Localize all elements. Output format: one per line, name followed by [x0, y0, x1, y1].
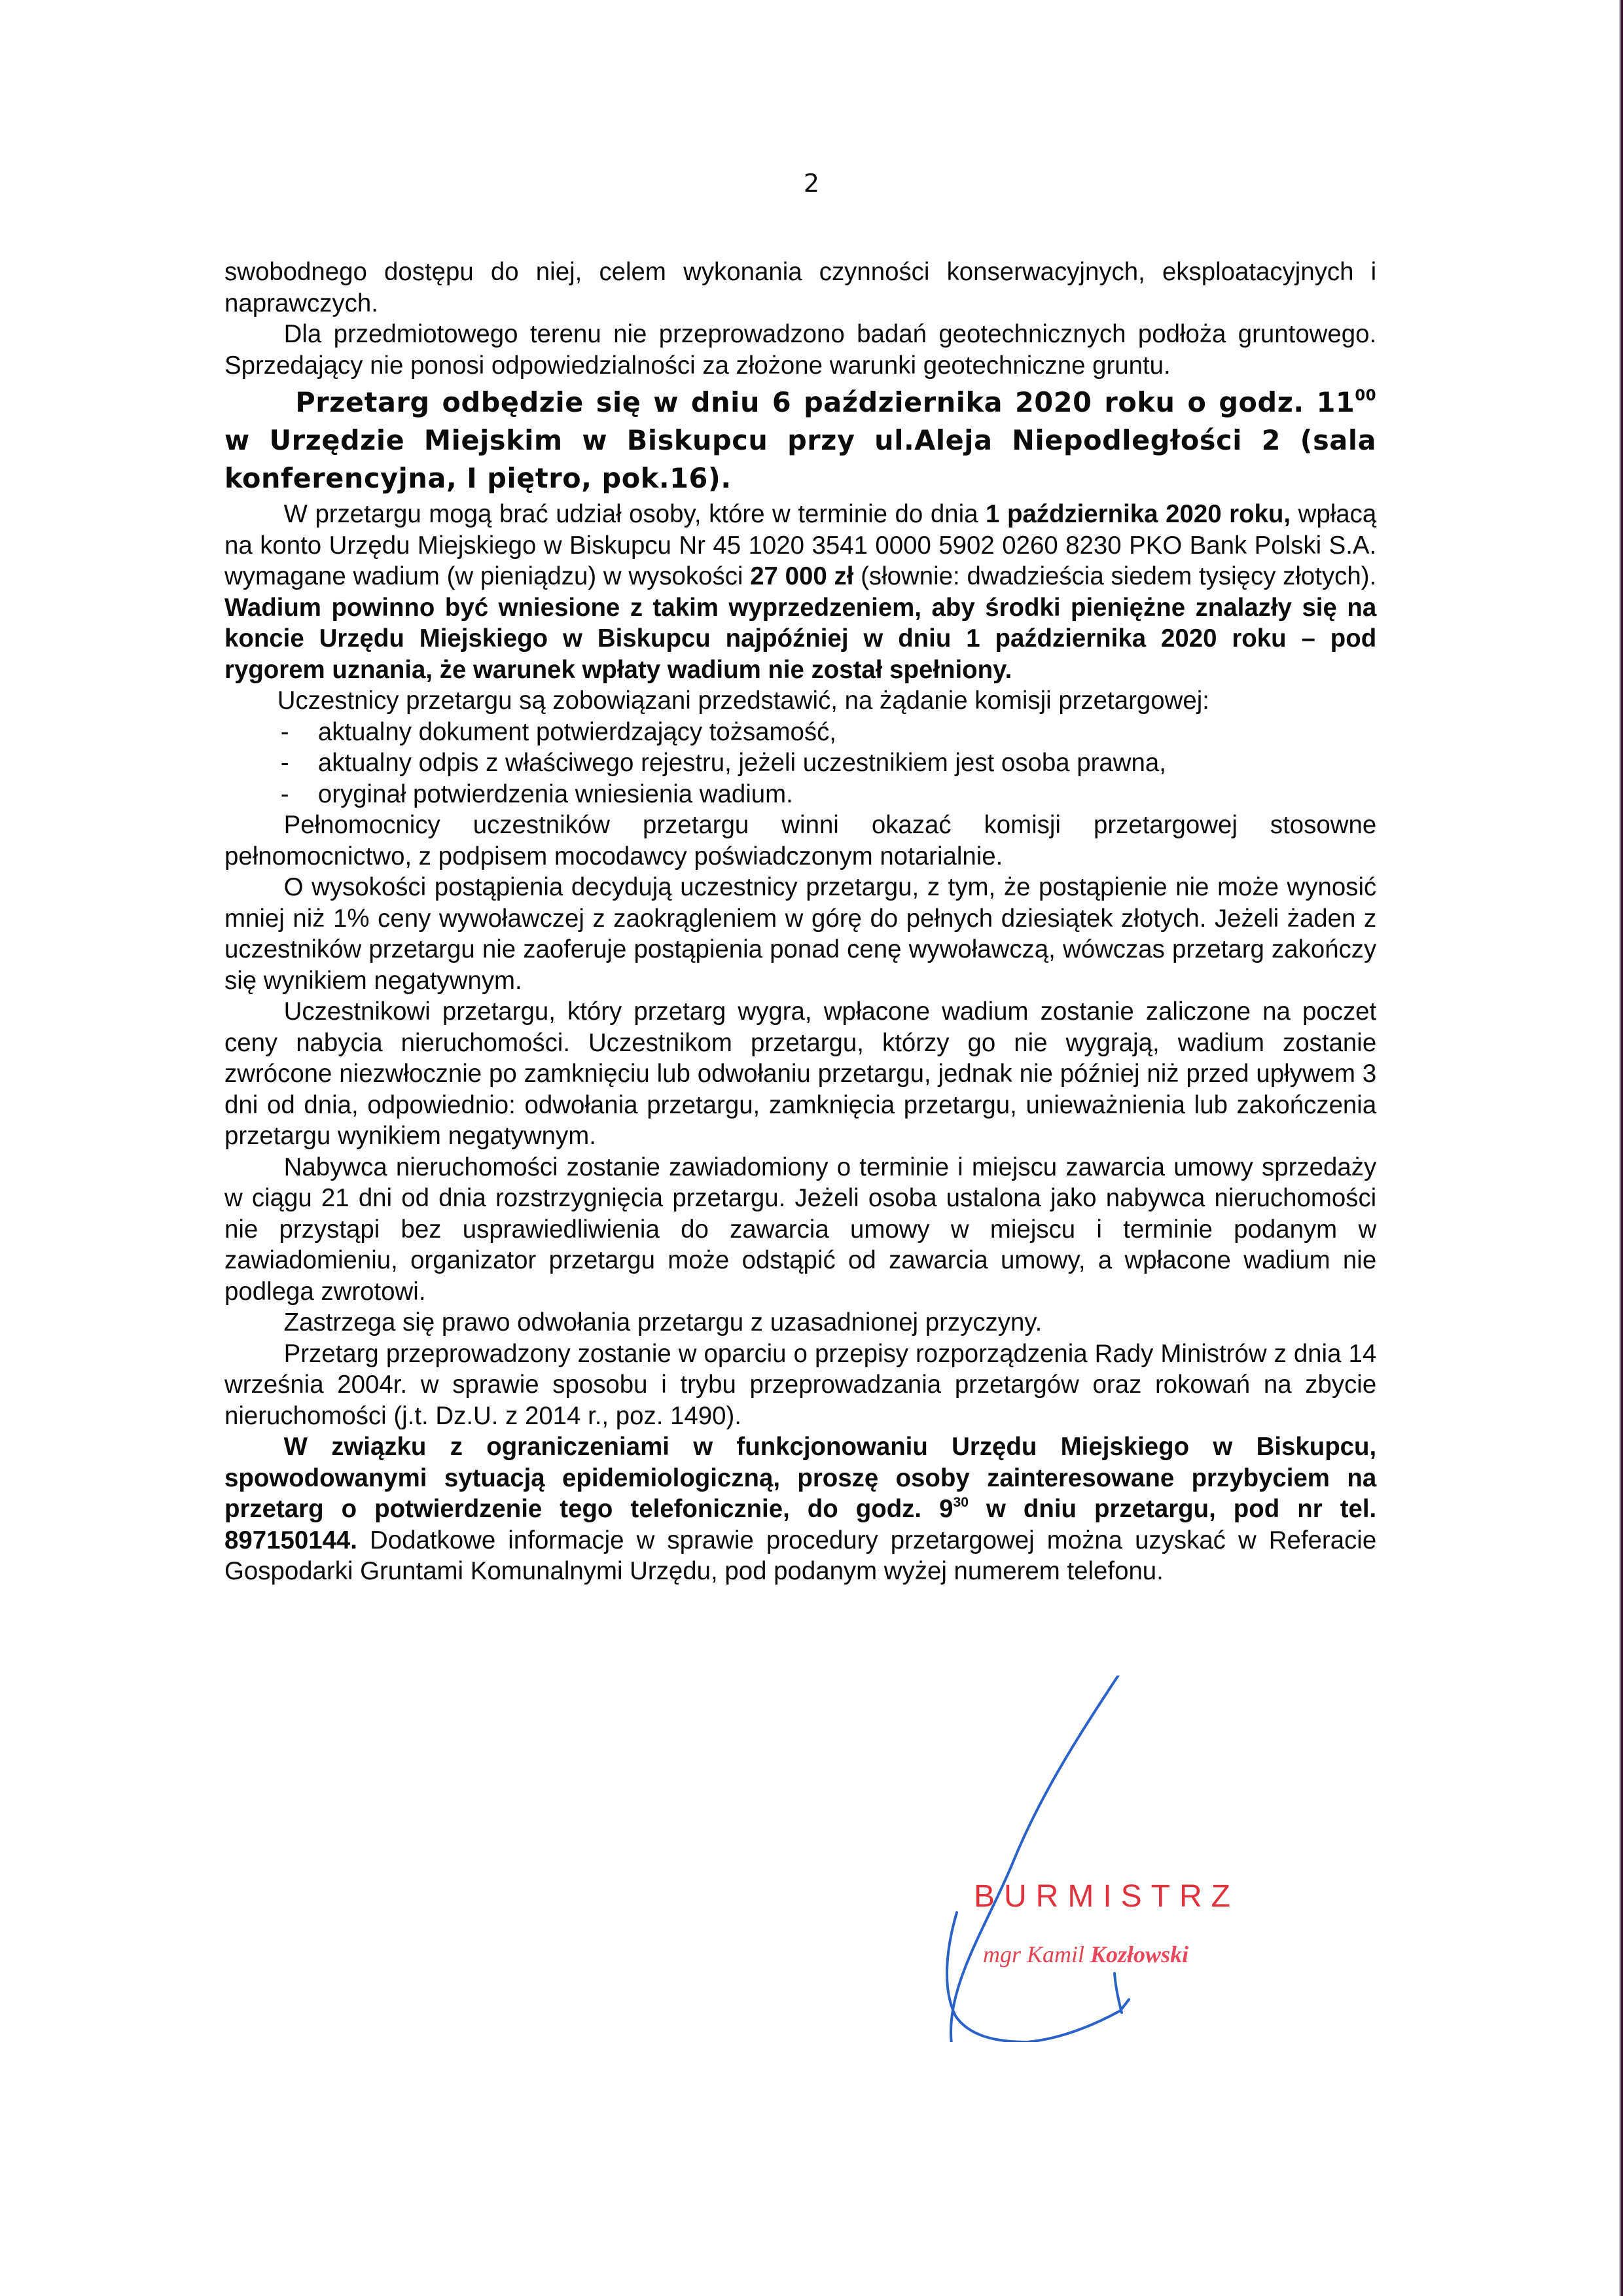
list-item-text: aktualny odpis z właściwego rejestru, je…: [318, 749, 1166, 777]
covid-time-minutes: 30: [953, 1494, 969, 1510]
paragraph-access: swobodnego dostępu do niej, celem wykona…: [224, 257, 1376, 319]
paragraph-refund: Uczestnikowi przetargu, który przetarg w…: [224, 996, 1376, 1152]
list-item: -aktualny dokument potwierdzający tożsam…: [224, 717, 1376, 748]
paragraph-proxies: Pełnomocnicy uczestników przetargu winni…: [224, 810, 1376, 872]
paragraph-covid-notice: W związku z ograniczeniami w funkcjonowa…: [224, 1431, 1376, 1587]
deposit-warning: Wadium powinno być wniesione z takim wyp…: [224, 594, 1376, 684]
handwritten-signature: [916, 1676, 1309, 2042]
paragraph-contract: Nabywca nieruchomości zostanie zawiadomi…: [224, 1152, 1376, 1308]
stamp-title: BURMISTRZ: [974, 1878, 1240, 1914]
paragraph-legal-basis: Przetarg przeprowadzony zostanie w oparc…: [224, 1338, 1376, 1432]
deposit-deadline: 1 października 2020 roku,: [986, 500, 1291, 528]
requirements-intro: Uczestnicy przetargu są zobowiązani prze…: [224, 685, 1376, 717]
list-item: -oryginał potwierdzenia wniesienia wadiu…: [224, 779, 1376, 810]
deposit-amount: 27 000 zł: [750, 562, 853, 590]
list-item-text: oryginał potwierdzenia wniesienia wadium…: [318, 780, 793, 808]
stamp-signatory: mgr Kamil Kozłowski: [983, 1941, 1188, 1968]
dash-bullet: -: [281, 779, 289, 810]
dash-bullet: -: [281, 747, 289, 779]
requirements-list: -aktualny dokument potwierdzający tożsam…: [224, 717, 1376, 810]
scan-border: [1619, 0, 1623, 2296]
covid-info: Dodatkowe informacje w sprawie procedury…: [224, 1526, 1376, 1586]
deposit-amount-words: (słownie: dwadzieścia siedem tysięcy zło…: [853, 562, 1376, 590]
stamp-name-prefix: mgr Kamil: [983, 1941, 1084, 1967]
heading-location: w Urzędzie Miejskim w Biskupcu przy ul.A…: [224, 424, 1376, 494]
page-number: 2: [0, 169, 1623, 198]
heading-date: Przetarg odbędzie się w dniu 6 październ…: [295, 386, 1355, 418]
document-body: swobodnego dostępu do niej, celem wykona…: [224, 257, 1376, 1587]
list-item: -aktualny odpis z właściwego rejestru, j…: [224, 747, 1376, 779]
paragraph-deposit: W przetargu mogą brać udział osoby, któr…: [224, 499, 1376, 685]
paragraph-geotechnical: Dla przedmiotowego terenu nie przeprowad…: [224, 319, 1376, 381]
auction-date-heading: Przetarg odbędzie się w dniu 6 październ…: [224, 384, 1376, 497]
heading-time-minutes: 00: [1355, 387, 1376, 404]
deposit-intro: W przetargu mogą brać udział osoby, któr…: [284, 500, 986, 528]
list-item-text: aktualny dokument potwierdzający tożsamo…: [318, 718, 836, 746]
paragraph-bids: O wysokości postąpienia decydują uczestn…: [224, 872, 1376, 996]
stamp-surname: Kozłowski: [1090, 1941, 1188, 1967]
paragraph-cancellation: Zastrzega się prawo odwołania przetargu …: [224, 1307, 1376, 1338]
dash-bullet: -: [281, 717, 289, 748]
